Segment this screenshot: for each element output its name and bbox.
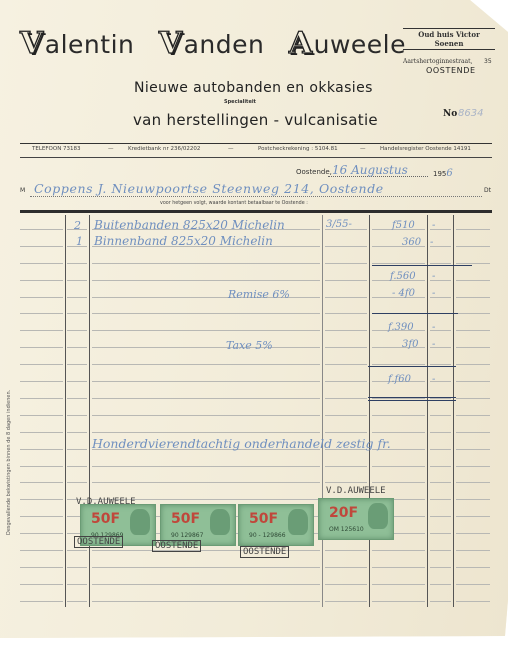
- ruled-line: [67, 584, 87, 585]
- ruled-line: [92, 280, 320, 281]
- ruled-line: [456, 263, 490, 264]
- ruled-line: [92, 330, 320, 331]
- ruled-line: [325, 330, 367, 331]
- ruled-line: [456, 432, 490, 433]
- separator: —: [360, 146, 366, 152]
- ruled-line: [430, 567, 451, 568]
- subtotal-rule: [372, 265, 472, 266]
- city-name: OOSTENDE: [426, 66, 476, 75]
- ruled-line: [20, 280, 63, 281]
- ruled-line: [372, 364, 425, 365]
- street-address: Aartshertoginnestraat,: [403, 58, 472, 65]
- ruled-line: [430, 449, 451, 450]
- ruled-line: [67, 280, 87, 281]
- payment-terms-line: voor hetgeen volgt, waarde kontant betaa…: [160, 201, 308, 206]
- ruled-line: [456, 381, 490, 382]
- company-info-bar: TELEFOON 73183 — Kredietbank nr 236/0220…: [20, 143, 492, 158]
- item-unit-price: 3/55-: [326, 219, 352, 230]
- invoice-number-value: 8634: [458, 108, 483, 119]
- ruled-line: [456, 313, 490, 314]
- item-qty: 1: [76, 235, 83, 248]
- ruled-line: [67, 415, 87, 416]
- calc-amount: f.560: [390, 271, 416, 282]
- ruled-line: [67, 466, 87, 467]
- ruled-line: [67, 313, 87, 314]
- ruled-line: [430, 482, 451, 483]
- tax-stamps-group: 50F 90 129869 50F 90 129867 50F 90 - 129…: [72, 490, 392, 570]
- ruled-line: [456, 398, 490, 399]
- tagline-specialty: Specialiteit: [224, 99, 256, 105]
- ruled-line: [430, 516, 451, 517]
- ruled-line: [67, 482, 87, 483]
- ruled-line: [456, 466, 490, 467]
- tagline-repairs: van herstellingen - vulcanisatie: [133, 111, 378, 129]
- ruled-line: [325, 415, 367, 416]
- cancellation-company: V.D.AUWEELE: [326, 486, 386, 496]
- cancellation-city: OOSTENDE: [152, 540, 201, 552]
- cancellation-company: V.D.AUWEELE: [76, 497, 136, 507]
- portrait-icon: [210, 509, 230, 535]
- column-divider-extra: [453, 215, 454, 607]
- ruled-line: [67, 347, 87, 348]
- handwritten-recipient: Coppens J. Nieuwpoortse Steenweg 214, Oo…: [34, 181, 384, 196]
- ruled-line: [92, 263, 320, 264]
- ruled-line: [20, 229, 63, 230]
- column-divider-qty: [65, 215, 66, 607]
- ruled-line: [20, 381, 63, 382]
- ruled-line: [430, 499, 451, 500]
- ruled-line: [372, 601, 425, 602]
- ruled-line: [325, 364, 367, 365]
- ruled-line: [325, 347, 367, 348]
- ruled-line: [20, 415, 63, 416]
- tax-stamp: 50F 90 - 129866: [238, 504, 314, 546]
- ruled-line: [325, 432, 367, 433]
- ruled-line: [430, 432, 451, 433]
- ruled-line: [20, 499, 63, 500]
- calc-cents: -: [432, 339, 435, 350]
- ruled-line: [20, 466, 63, 467]
- ruled-line: [20, 584, 63, 585]
- item-qty: 2: [74, 219, 81, 232]
- item-description: Buitenbanden 825x20 Michelin: [94, 218, 285, 232]
- calc-cents: -: [432, 271, 435, 282]
- ruled-line: [20, 432, 63, 433]
- ruled-line: [325, 280, 367, 281]
- ruled-line: [372, 584, 425, 585]
- calc-amount: - 4f0: [392, 288, 415, 299]
- ruled-line: [20, 567, 63, 568]
- street-number: 35: [484, 58, 492, 65]
- ruled-line: [456, 449, 490, 450]
- postal-account: Postcheckrekening : 5104.81: [258, 146, 338, 152]
- ruled-line: [92, 466, 320, 467]
- vertical-disclaimer: Desgevallende bekwistingen binnen de 8 d…: [6, 390, 12, 535]
- year-label: 1956: [433, 168, 453, 179]
- tagline-new-tires: Nieuwe autobanden en okkasies: [134, 80, 373, 96]
- total-amount: f.f60: [388, 374, 411, 385]
- ruled-line: [325, 313, 367, 314]
- ruled-line: [20, 330, 63, 331]
- ruled-line: [325, 584, 367, 585]
- ruled-line: [456, 516, 490, 517]
- item-cents: -: [430, 237, 433, 248]
- ruled-line: [456, 297, 490, 298]
- ruled-line: [92, 584, 320, 585]
- column-divider-cents: [427, 215, 428, 607]
- ruled-line: [67, 432, 87, 433]
- cancellation-city: OOSTENDE: [74, 536, 123, 548]
- ruled-line: [456, 601, 490, 602]
- amount-in-words: Honderdvierendtachtig onderhandeld zesti…: [92, 436, 391, 451]
- former-house-label: Oud huis Victor Soenen: [403, 28, 495, 50]
- phone-number: TELEFOON 73183: [32, 146, 81, 152]
- total-double-rule: [368, 397, 456, 398]
- ruled-line: [92, 398, 320, 399]
- portrait-icon: [288, 509, 308, 535]
- ruled-line: [67, 364, 87, 365]
- ruled-line: [430, 601, 451, 602]
- ruled-line: [20, 533, 63, 534]
- ruled-line: [430, 550, 451, 551]
- ruled-line: [20, 482, 63, 483]
- logo-word-1: Valentin: [20, 30, 134, 59]
- debit-label: Dt: [484, 187, 491, 194]
- ruled-line: [20, 516, 63, 517]
- ruled-line: [372, 263, 425, 264]
- table-top-rule: [20, 210, 492, 213]
- total-cents: -: [432, 374, 435, 385]
- ruled-line: [92, 601, 320, 602]
- subtotal-rule: [368, 366, 456, 367]
- ruled-line: [92, 364, 320, 365]
- total-double-rule: [368, 400, 456, 401]
- ruled-line: [20, 313, 63, 314]
- ruled-line: [20, 449, 63, 450]
- ruled-line: [92, 432, 320, 433]
- logo-word-2: Vanden: [159, 30, 265, 59]
- ruled-line: [456, 364, 490, 365]
- ruled-line: [325, 246, 367, 247]
- ruled-line: [456, 415, 490, 416]
- tax-stamp: 20F OM 125610: [318, 498, 394, 540]
- portrait-icon: [130, 509, 150, 535]
- ruled-line: [430, 584, 451, 585]
- ruled-line: [456, 533, 490, 534]
- ruled-line: [20, 347, 63, 348]
- ruled-line: [325, 398, 367, 399]
- item-description: Binnenband 825x20 Michelin: [94, 234, 273, 248]
- ruled-line: [456, 499, 490, 500]
- ruled-line: [325, 482, 367, 483]
- calc-cents: -: [432, 288, 435, 299]
- ruled-line: [430, 263, 451, 264]
- ruled-line: [67, 263, 87, 264]
- ruled-line: [20, 246, 63, 247]
- ruled-line: [20, 364, 63, 365]
- ruled-line: [456, 280, 490, 281]
- cancellation-city: OOSTENDE: [240, 546, 289, 558]
- ruled-line: [456, 567, 490, 568]
- place-label: Oostende,: [296, 168, 332, 176]
- ruled-line: [430, 466, 451, 467]
- ruled-line: [92, 415, 320, 416]
- ruled-line: [456, 330, 490, 331]
- company-name-logo: Valentin Vanden Auweele: [20, 26, 422, 61]
- ruled-line: [20, 263, 63, 264]
- ruled-line: [456, 550, 490, 551]
- ruled-line: [456, 347, 490, 348]
- ruled-line: [325, 601, 367, 602]
- ruled-line: [67, 449, 87, 450]
- calc-cents: -: [432, 322, 435, 333]
- item-amount: f510: [392, 220, 415, 231]
- ruled-line: [456, 482, 490, 483]
- ruled-line: [20, 550, 63, 551]
- ruled-line: [372, 432, 425, 433]
- calc-amount: f.390: [388, 322, 414, 333]
- invoice-number-label: No: [443, 109, 457, 119]
- logo-word-3: Auweele: [289, 30, 406, 59]
- item-cents: -: [432, 220, 435, 231]
- ruled-line: [92, 381, 320, 382]
- ruled-line: [67, 381, 87, 382]
- portrait-icon: [368, 503, 388, 529]
- calc-label-discount: Remise 6%: [228, 288, 290, 301]
- ruled-line: [20, 398, 63, 399]
- ruled-line: [92, 347, 320, 348]
- subtotal-rule: [372, 313, 458, 314]
- ruled-line: [92, 482, 320, 483]
- ruled-line: [67, 601, 87, 602]
- ruled-line: [67, 330, 87, 331]
- ruled-line: [325, 263, 367, 264]
- ruled-line: [372, 415, 425, 416]
- ruled-line: [430, 364, 451, 365]
- trade-register: Handelsregister Oostende 14191: [380, 146, 471, 152]
- ruled-line: [372, 482, 425, 483]
- ruled-line: [20, 297, 63, 298]
- separator: —: [108, 146, 114, 152]
- ruled-line: [456, 584, 490, 585]
- separator: —: [228, 146, 234, 152]
- ruled-line: [325, 466, 367, 467]
- ruled-line: [325, 297, 367, 298]
- ruled-line: [456, 229, 490, 230]
- ruled-line: [430, 533, 451, 534]
- handwritten-date: 16 Augustus: [332, 163, 408, 177]
- recipient-label: M: [20, 187, 25, 194]
- ruled-line: [456, 246, 490, 247]
- ruled-line: [67, 297, 87, 298]
- ruled-line: [325, 381, 367, 382]
- ruled-line: [372, 466, 425, 467]
- ruled-line: [67, 398, 87, 399]
- bank-account: Kredietbank nr 236/02202: [128, 146, 200, 152]
- recipient-dotted-line: [30, 196, 482, 197]
- ruled-line: [430, 415, 451, 416]
- item-amount: 360: [402, 237, 421, 248]
- ruled-line: [92, 313, 320, 314]
- ruled-line: [20, 601, 63, 602]
- calc-label-tax: Taxe 5%: [226, 339, 273, 352]
- calc-amount: 3f0: [402, 339, 418, 350]
